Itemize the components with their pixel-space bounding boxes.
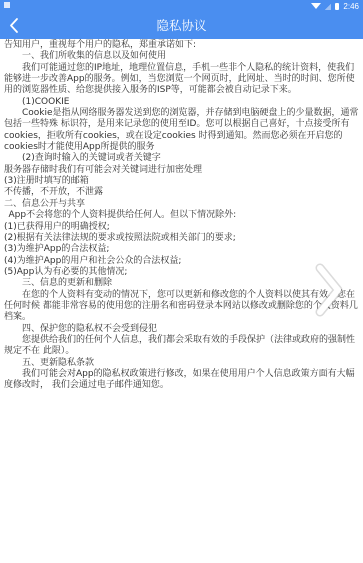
- notification-icon: [4, 2, 10, 8]
- status-bar: 2:46: [0, 0, 363, 12]
- list-item: (1)已获得用户的明确授权;: [4, 222, 360, 233]
- list-item: (5)App认为有必要的其他情况;: [4, 267, 360, 278]
- section-heading-1: 一、我们所收集的信息以及如何使用: [4, 51, 360, 62]
- list-item: (2)根据有关法律法规的要求或按照法院或相关部门的要求;: [4, 233, 360, 244]
- paragraph: 在您的个人资料有变动的情况下，您可以更新和修改您的个人资料以使其有效。您在任何时…: [4, 290, 360, 324]
- intro-text: 告知用户，重视每个用户的隐私，郑重承诺如下:: [4, 40, 360, 51]
- next-arrow-overlay[interactable]: [312, 262, 346, 318]
- subheading-email: (3)注册时填写的邮箱: [4, 176, 360, 187]
- back-button[interactable]: [6, 16, 26, 35]
- app-header: 隐私协议: [0, 12, 363, 39]
- paragraph: 我们可能会对App的隐私权政策进行修改，如果在使用用户个人信息政策方面有大幅度修…: [4, 369, 360, 392]
- battery-icon: [335, 3, 339, 10]
- section-heading-5: 五、更新隐私条款: [4, 358, 360, 369]
- paragraph: Cookie是指从网络服务器发送到您的浏览器，并存储到电脑硬盘上的少量数据，通常…: [4, 108, 360, 153]
- privacy-content: 告知用户，重视每个用户的隐私，郑重承诺如下: 一、我们所收集的信息以及如何使用 …: [4, 40, 360, 392]
- page-title: 隐私协议: [0, 12, 363, 39]
- paragraph: 我们可能通过您的IP地址，地理位置信息，手机一些非个人隐私的统计资料，使我们能够…: [4, 63, 360, 97]
- chevron-right-icon: [312, 262, 346, 318]
- section-heading-2: 二、信息公开与共享: [4, 199, 360, 210]
- subheading-keywords: (2)查询时输入的关键词或者关键字: [4, 153, 360, 164]
- paragraph: 您提供给我们的任何个人信息，我们都会采取有效的手段保护（法律或政府的强制性规定不…: [4, 335, 360, 358]
- paragraph: 服务器存储时我们有可能会对关键词进行加密处理: [4, 165, 360, 176]
- subheading-cookie: (1)COOKIE: [4, 97, 360, 108]
- list-item: (3)为维护App的合法权益;: [4, 244, 360, 255]
- signal-icon: [325, 3, 331, 10]
- clock: 2:46: [343, 2, 359, 11]
- section-heading-3: 三、信息的更新和删除: [4, 278, 360, 289]
- paragraph: App不会将您的个人资料提供给任何人。但以下情况除外:: [4, 210, 360, 221]
- wifi-icon: [311, 3, 321, 9]
- list-item: (4)为维护App的用户和社会公众的合法权益;: [4, 256, 360, 267]
- chevron-left-icon: [6, 16, 26, 35]
- section-heading-4: 四、保护您的隐私权不会受到侵犯: [4, 324, 360, 335]
- paragraph: 不传播，不开放，不泄露: [4, 187, 360, 198]
